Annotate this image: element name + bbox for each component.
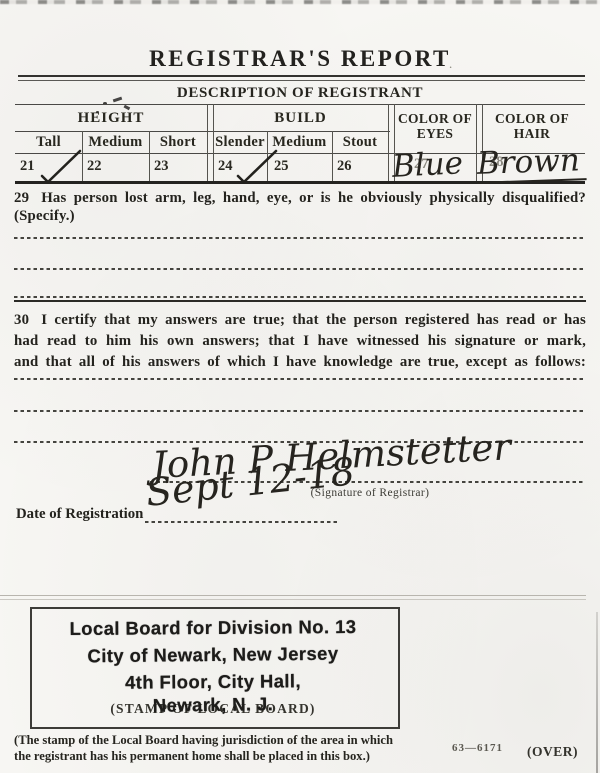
hair-value-handwriting: Brown [476,142,586,184]
q29-specify: (Specify.) [14,206,586,227]
cell-23: 23 [154,158,169,175]
footer-note-line2: the registrant has his permanent home sh… [14,749,450,765]
q29-number: 29 [14,190,41,206]
form-code: 63—6171 [452,742,503,754]
title-rule-bottom [18,80,585,81]
answer-line [14,378,586,380]
ink-smudge-dash [124,105,130,110]
table-top-line [15,104,585,105]
scan-top-edge-artifact [0,0,600,4]
col-label-stout: Stout [332,134,388,151]
scan-right-edge-artifact [596,612,598,773]
cell-22: 22 [87,158,102,175]
footer-note-line1: (The stamp of the Local Board having jur… [14,733,450,749]
section-divider-line [14,300,586,302]
faint-divider-line [0,595,586,596]
stamp-text-line3: 4th Floor, City Hall, [30,669,396,694]
col-label-short: Short [149,134,207,151]
checkmark-slender [234,148,280,186]
answer-line [14,410,586,412]
title-rule-top [18,75,585,77]
date-line [145,521,337,523]
eyes-value-handwriting: Blue [391,145,464,185]
stamp-text-line1: Local Board for Division No. 13 [30,616,396,641]
checkmark-tall [38,148,84,186]
table-groups-underline [15,131,390,132]
over-label: (OVER) [527,744,578,760]
q30-text-line3: and that all of his answers of which I h… [14,352,586,373]
cell-21: 21 [20,158,35,175]
q30-text-line1: I certify that my answers are true; that… [41,312,586,328]
date-of-registration-label: Date of Registration [16,506,143,523]
answer-line [14,237,586,239]
registrar-report-document: . REGISTRAR'S REPORT DESCRIPTION OF REGI… [0,0,600,773]
q30-text-line2: had read to him his own answers; that I … [14,331,586,352]
faint-divider-line [0,599,586,600]
answer-line [14,296,586,298]
page-title: REGISTRAR'S REPORT [0,46,600,72]
q30-number: 30 [14,312,41,328]
height-group-header: HEIGHT [15,110,207,127]
cell-26: 26 [337,158,352,175]
col-label-medium-height: Medium [82,134,149,151]
answer-line [14,268,586,270]
stamp-text-line2: City of Newark, New Jersey [30,642,396,668]
hair-column-header: COLOR OF HAIR [482,111,582,141]
cell-24: 24 [218,158,233,175]
q29-text: Has person lost arm, leg, hand, eye, or … [41,190,586,206]
eyes-column-header: COLOR OF EYES [394,111,476,141]
build-group-header: BUILD [213,110,388,127]
section-header: DESCRIPTION OF REGISTRANT [0,85,600,102]
